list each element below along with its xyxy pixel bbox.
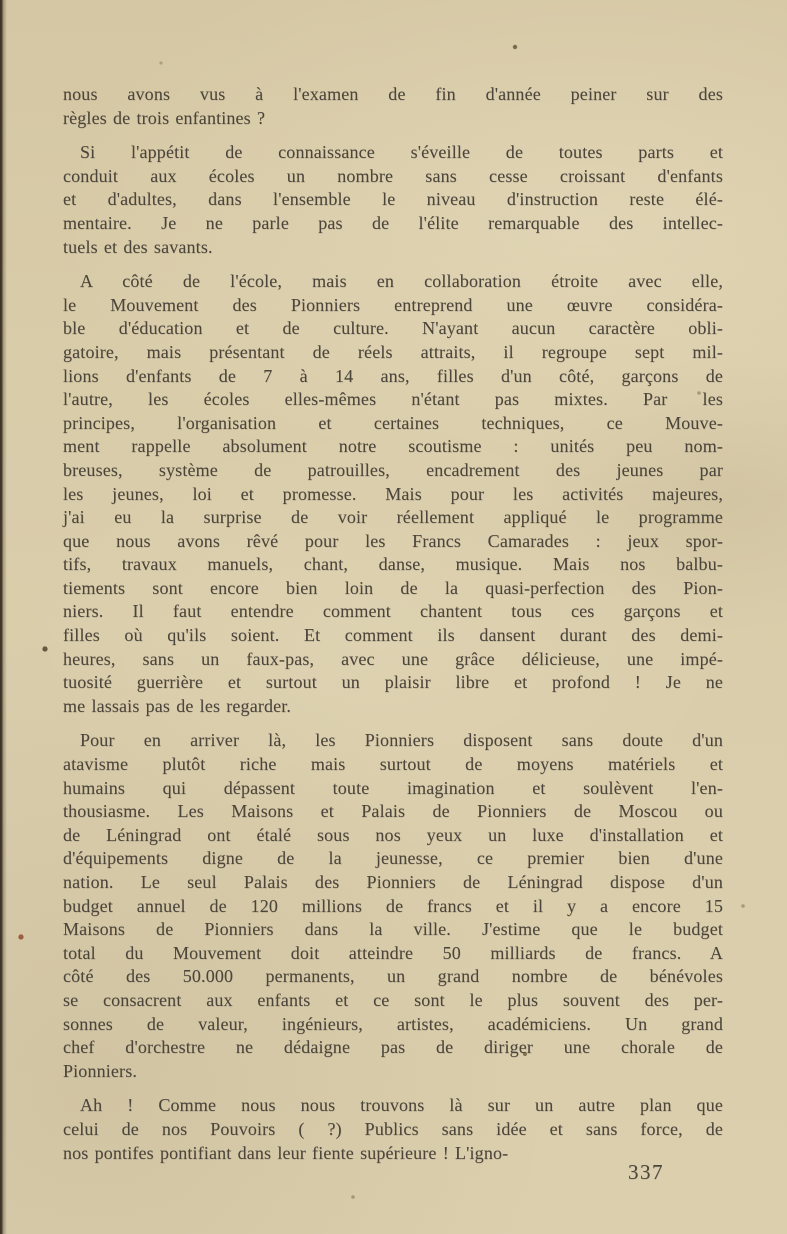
text-line: A côté de l'école, mais en collaboration…: [63, 270, 723, 294]
text-line: niers. Il faut entendre comment chantent…: [63, 600, 723, 624]
text-line: thousiasme. Les Maisons et Palais de Pio…: [63, 800, 723, 824]
text-line: tuosité guerrière et surtout un plaisir …: [63, 671, 723, 695]
text-block: nous avons vus à l'examen de fin d'année…: [63, 83, 723, 1165]
text-line: nous avons vus à l'examen de fin d'année…: [63, 83, 723, 107]
scanned-book-page: nous avons vus à l'examen de fin d'année…: [0, 0, 787, 1234]
paragraph: Si l'appétit de connaissance s'éveille d…: [63, 141, 723, 259]
text-line: que nous avons rêvé pour les Francs Cama…: [63, 530, 723, 554]
text-line: d'équipements digne de la jeunesse, ce p…: [63, 847, 723, 871]
paragraph: Pour en arriver là, les Pionniers dispos…: [63, 729, 723, 1083]
text-line: Si l'appétit de connaissance s'éveille d…: [63, 141, 723, 165]
page-number: 337: [628, 1160, 664, 1185]
text-line: ble d'éducation et de culture. N'ayant a…: [63, 317, 723, 341]
paragraph: Ah ! Comme nous nous trouvons là sur un …: [63, 1094, 723, 1165]
text-line: Pour en arriver là, les Pionniers dispos…: [63, 729, 723, 753]
text-line: l'autre, les écoles elles-mêmes n'étant …: [63, 388, 723, 412]
text-line: sonnes de valeur, ingénieurs, artistes, …: [63, 1013, 723, 1037]
scan-gutter-edge: [0, 0, 7, 1234]
text-line: heures, sans un faux-pas, avec une grâce…: [63, 648, 723, 672]
text-line: côté des 50.000 permanents, un grand nom…: [63, 965, 723, 989]
text-line: mentaire. Je ne parle pas de l'élite rem…: [63, 212, 723, 236]
text-line: breuses, système de patrouilles, encadre…: [63, 459, 723, 483]
text-line: nation. Le seul Palais des Pionniers de …: [63, 871, 723, 895]
text-line: principes, l'organisation et certaines t…: [63, 412, 723, 436]
text-line: conduit aux écoles un nombre sans cesse …: [63, 165, 723, 189]
text-line: nos pontifes pontifiant dans leur fiente…: [63, 1142, 723, 1166]
text-line: et d'adultes, dans l'ensemble le niveau …: [63, 188, 723, 212]
text-line: budget annuel de 120 millions de francs …: [63, 895, 723, 919]
text-line: j'ai eu la surprise de voir réellement a…: [63, 506, 723, 530]
text-line: Pionniers.: [63, 1060, 723, 1084]
text-line: se consacrent aux enfants et ce sont le …: [63, 989, 723, 1013]
text-line: tuels et des savants.: [63, 236, 723, 260]
text-line: atavisme plutôt riche mais surtout de mo…: [63, 753, 723, 777]
text-line: chef d'orchestre ne dédaigne pas de diri…: [63, 1036, 723, 1060]
text-line: tifs, travaux manuels, chant, danse, mus…: [63, 553, 723, 577]
text-line: Maisons de Pionniers dans la ville. J'es…: [63, 918, 723, 942]
text-line: règles de trois enfantines ?: [63, 107, 723, 131]
text-line: total du Mouvement doit atteindre 50 mil…: [63, 942, 723, 966]
text-line: ment rappelle absolument notre scoutisme…: [63, 435, 723, 459]
text-line: humains qui dépassent toute imagination …: [63, 777, 723, 801]
text-line: de Léningrad ont étalé sous nos yeux un …: [63, 824, 723, 848]
text-line: gatoire, mais présentant de réels attrai…: [63, 341, 723, 365]
paragraph: nous avons vus à l'examen de fin d'année…: [63, 83, 723, 130]
paragraph: A côté de l'école, mais en collaboration…: [63, 270, 723, 718]
text-line: les jeunes, loi et promesse. Mais pour l…: [63, 483, 723, 507]
paper-specks: [0, 0, 2, 2]
text-line: le Mouvement des Pionniers entreprend un…: [63, 294, 723, 318]
text-line: filles où qu'ils soient. Et comment ils …: [63, 624, 723, 648]
text-line: me lassais pas de les regarder.: [63, 695, 723, 719]
text-line: lions d'enfants de 7 à 14 ans, filles d'…: [63, 365, 723, 389]
text-line: Ah ! Comme nous nous trouvons là sur un …: [63, 1094, 723, 1118]
text-line: celui de nos Pouvoirs ( ?) Publics sans …: [63, 1118, 723, 1142]
text-line: tiements sont encore bien loin de la qua…: [63, 577, 723, 601]
